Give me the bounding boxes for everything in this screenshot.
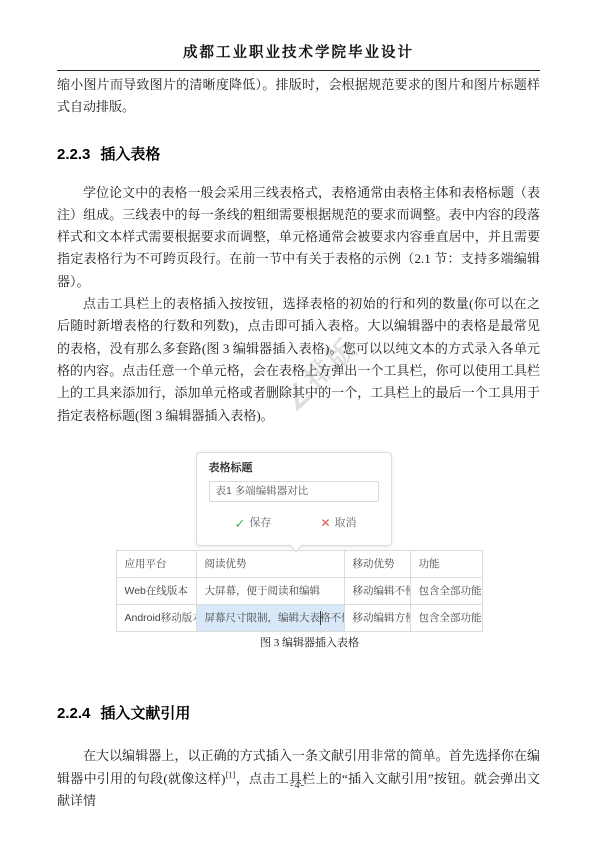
table-cell[interactable]: 移动编辑方便 <box>344 605 410 632</box>
table-header-cell[interactable]: 功能 <box>410 551 482 578</box>
editor-table: 应用平台 阅读优势 移动优势 功能 Web在线版本 大屏幕，便于阅读和编辑 移动… <box>116 550 483 632</box>
selected-cell-text: 屏幕尺寸限制，编辑大表格不便 <box>205 612 345 624</box>
figure-editor-screenshot: 表格标题 表1 多端编辑器对比 ✓ 保存 ✕ 取消 <box>116 452 482 632</box>
header-title: 成都工业职业技术学院毕业设计 <box>57 41 540 62</box>
table-header-cell[interactable]: 移动优势 <box>344 551 410 578</box>
section-heading-223: 2.2.3插入表格 <box>57 145 540 165</box>
check-icon: ✓ <box>235 518 246 529</box>
document-page: ∠排版 成都工业职业技术学院毕业设计 缩小图片而导致图片的清晰度降低）。排版时，… <box>0 0 595 842</box>
page-header: 成都工业职业技术学院毕业设计 <box>57 41 540 71</box>
cross-icon: ✕ <box>320 518 330 529</box>
citation-marker: [1] <box>225 769 235 779</box>
table-row: Android移动版本 屏幕尺寸限制，编辑大表格不便 移动编辑方便 包含全部功能 <box>116 605 482 632</box>
save-button[interactable]: ✓ 保存 <box>235 512 272 534</box>
table-cell[interactable]: 移动编辑不便 <box>344 578 410 605</box>
section-title: 插入文献引用 <box>100 705 190 722</box>
cancel-button-label: 取消 <box>335 512 357 534</box>
cancel-button[interactable]: ✕ 取消 <box>320 512 356 534</box>
table-cell[interactable]: Web在线版本 <box>116 578 196 605</box>
table-caption-input[interactable]: 表1 多端编辑器对比 <box>209 481 379 502</box>
table-header-cell[interactable]: 应用平台 <box>116 551 196 578</box>
paragraph: 在大以编辑器上，以正确的方式插入一条文献引用非常的简单。首先选择你在编辑器中引用… <box>57 745 540 812</box>
popup-label: 表格标题 <box>209 462 379 475</box>
table-header-cell[interactable]: 阅读优势 <box>196 551 344 578</box>
paragraph-continuation: 缩小图片而导致图片的清晰度降低）。排版时，会根据规范要求的图片和图片标题样式自动… <box>57 74 540 119</box>
figure-caption: 图 3 编辑器插入表格 <box>57 632 540 654</box>
section-number: 2.2.3 <box>57 146 90 163</box>
table-row: Web在线版本 大屏幕，便于阅读和编辑 移动编辑不便 包含全部功能 <box>116 578 482 605</box>
table-cell[interactable]: 包含全部功能 <box>410 605 482 632</box>
section-heading-224: 2.2.4插入文献引用 <box>57 704 540 724</box>
save-button-label: 保存 <box>249 512 271 534</box>
section-number: 2.2.4 <box>57 705 90 722</box>
table-cell[interactable]: Android移动版本 <box>116 605 196 632</box>
section-title: 插入表格 <box>100 146 160 163</box>
table-cell[interactable]: 大屏幕，便于阅读和编辑 <box>196 578 344 605</box>
table-cell[interactable]: 包含全部功能 <box>410 578 482 605</box>
table-header-row: 应用平台 阅读优势 移动优势 功能 <box>116 551 482 578</box>
page-number: -4- <box>290 780 305 791</box>
page-body: 缩小图片而导致图片的清晰度降低）。排版时，会根据规范要求的图片和图片标题样式自动… <box>57 74 540 812</box>
table-caption-popup: 表格标题 表1 多端编辑器对比 ✓ 保存 ✕ 取消 <box>196 452 392 546</box>
text-caret <box>320 611 321 625</box>
popup-buttons: ✓ 保存 ✕ 取消 <box>209 502 379 534</box>
table-cell-selected[interactable]: 屏幕尺寸限制，编辑大表格不便 <box>196 605 344 632</box>
paragraph: 学位论文中的表格一般会采用三线表格式，表格通常由表格主体和表格标题（表注）组成。… <box>57 182 540 293</box>
page-footer: -4- <box>0 780 595 791</box>
paragraph: 点击工具栏上的表格插入按按钮，选择表格的初始的行和列的数量(你可以在之后随时新增… <box>57 293 540 427</box>
